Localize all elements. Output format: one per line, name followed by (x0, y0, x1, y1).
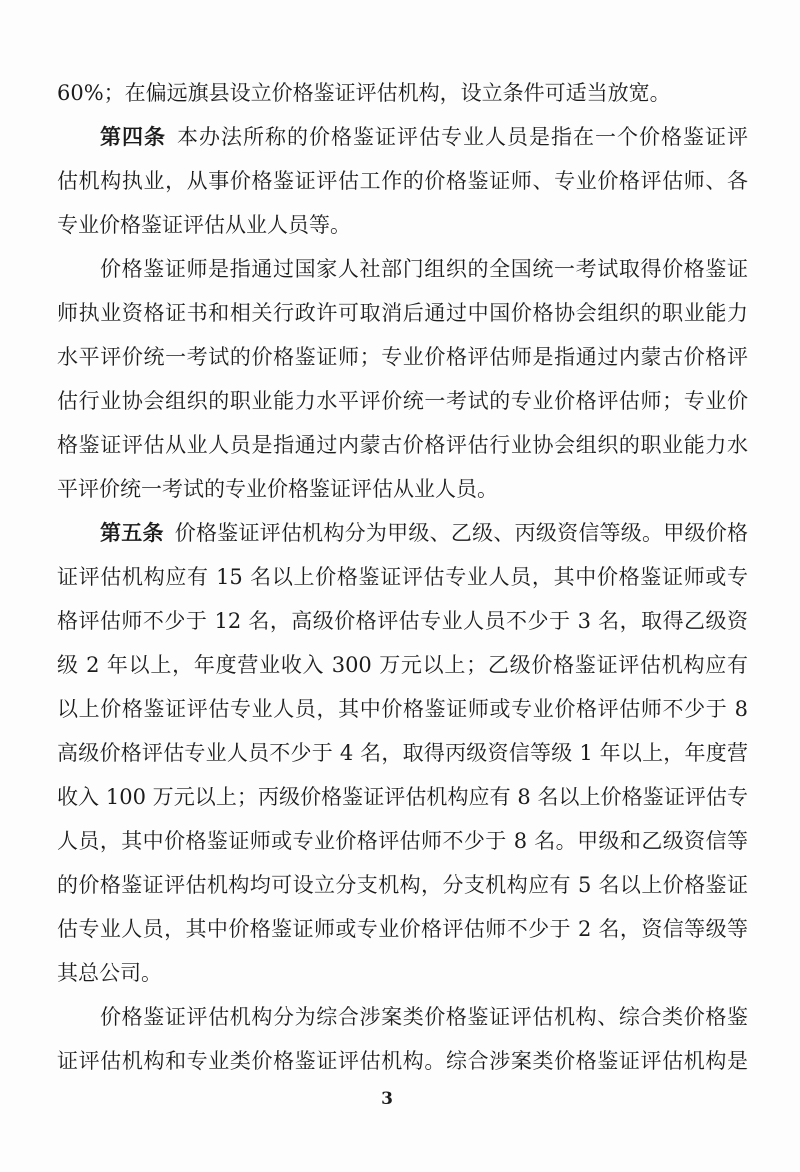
text-line: 人员，其中价格鉴证师或专业价格评估师不少于 8 名。甲级和乙级资信等级 (57, 819, 748, 863)
text-line: 格评估师不少于 12 名，高级价格评估专业人员不少于 3 名，取得乙级资信等 (57, 599, 748, 643)
article-number: 第四条 (100, 124, 166, 149)
text-block: 60%；在偏远旗县设立价格鉴证评估机构，设立条件可适当放宽。第四条本办法所称的价… (57, 71, 748, 1083)
line-text: 本办法所称的价格鉴证评估专业人员是指在一个价格鉴证评 (177, 125, 748, 149)
document-page: 60%；在偏远旗县设立价格鉴证评估机构，设立条件可适当放宽。第四条本办法所称的价… (0, 0, 800, 1172)
text-line: 第五条价格鉴证评估机构分为甲级、乙级、丙级资信等级。甲级价格鉴 (57, 511, 748, 555)
text-line: 估专业人员，其中价格鉴证师或专业价格评估师不少于 2 名，资信等级等同 (57, 907, 748, 951)
text-line: 60%；在偏远旗县设立价格鉴证评估机构，设立条件可适当放宽。 (57, 71, 748, 115)
text-line: 证评估机构应有 15 名以上价格鉴证评估专业人员，其中价格鉴证师或专业价 (57, 555, 748, 599)
text-line: 级 2 年以上，年度营业收入 300 万元以上；乙级价格鉴证评估机构应有 12 … (57, 643, 748, 687)
text-line: 估机构执业，从事价格鉴证评估工作的价格鉴证师、专业价格评估师、各 (57, 159, 748, 203)
text-line: 其总公司。 (57, 951, 748, 995)
text-line: 专业价格鉴证评估从业人员等。 (57, 203, 748, 247)
text-line: 第四条本办法所称的价格鉴证评估专业人员是指在一个价格鉴证评 (57, 115, 748, 159)
text-line: 的价格鉴证评估机构均可设立分支机构，分支机构应有 5 名以上价格鉴证评 (57, 863, 748, 907)
text-line: 收入 100 万元以上；丙级价格鉴证评估机构应有 8 名以上价格鉴证评估专业 (57, 775, 748, 819)
text-line: 格鉴证评估从业人员是指通过内蒙古价格评估行业协会组织的职业能力水 (57, 423, 748, 467)
article-number: 第五条 (100, 520, 164, 545)
text-line: 价格鉴证师是指通过国家人社部门组织的全国统一考试取得价格鉴证 (57, 247, 748, 291)
text-line: 证评估机构和专业类价格鉴证评估机构。综合涉案类价格鉴证评估机构是 (57, 1039, 748, 1083)
text-line: 以上价格鉴证评估专业人员，其中价格鉴证师或专业价格评估师不少于 8 名， (57, 687, 748, 731)
text-line: 平评价统一考试的专业价格鉴证评估从业人员。 (57, 467, 748, 511)
text-line: 价格鉴证评估机构分为综合涉案类价格鉴证评估机构、综合类价格鉴 (57, 995, 748, 1039)
text-line: 水平评价统一考试的价格鉴证师；专业价格评估师是指通过内蒙古价格评 (57, 335, 748, 379)
page-number: 3 (0, 1089, 774, 1109)
text-line: 师执业资格证书和相关行政许可取消后通过中国价格协会组织的职业能力 (57, 291, 748, 335)
text-line: 高级价格评估专业人员不少于 4 名，取得丙级资信等级 1 年以上，年度营业 (57, 731, 748, 775)
text-line: 估行业协会组织的职业能力水平评价统一考试的专业价格评估师；专业价 (57, 379, 748, 423)
